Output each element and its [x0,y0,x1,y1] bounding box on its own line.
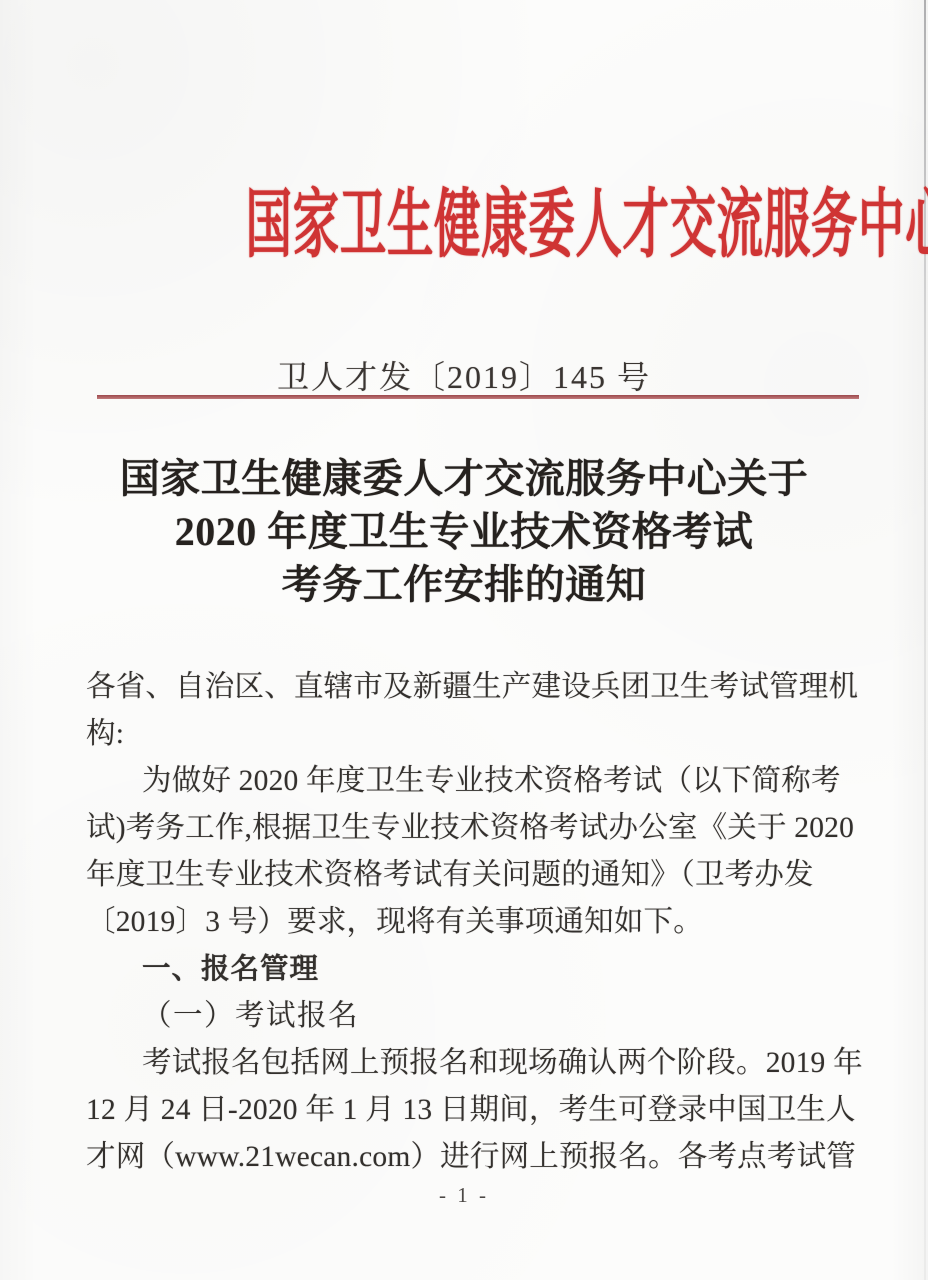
document-number: 卫人才发〔2019〕145 号 [0,352,928,398]
body-line: 为做好 2020 年度卫生专业技术资格考试（以下简称考 [86,758,864,805]
document-title: 国家卫生健康委人才交流服务中心关于 2020 年度卫生专业技术资格考试 考务工作… [0,452,928,611]
section-heading: 一、报名管理 [86,946,864,993]
body-line: 构: [86,711,864,758]
body-line: 12 月 24 日-2020 年 1 月 13 日期间，考生可登录中国卫生人 [86,1087,864,1134]
document-header-banner: 国家卫生健康委人才交流服务中心文件 [0,178,928,294]
document-title-line-2: 2020 年度卫生专业技术资格考试 [0,505,928,558]
body-line: 才网（www.21wecan.com）进行网上预报名。各考点考试管 [86,1134,864,1181]
body-line: 〔2019〕3 号）要求，现将有关事项通知如下。 [86,899,864,946]
document-title-line-3: 考务工作安排的通知 [0,558,928,611]
document-body: 各省、自治区、直辖市及新疆生产建设兵团卫生考试管理机 构: 为做好 2020 年… [86,664,864,1181]
body-line: 考试报名包括网上预报名和现场确认两个阶段。2019 年 [86,1040,864,1087]
scanned-document-page: 国家卫生健康委人才交流服务中心文件 卫人才发〔2019〕145 号 国家卫生健康… [0,0,928,1280]
document-title-line-1: 国家卫生健康委人才交流服务中心关于 [0,452,928,505]
body-line: 试)考务工作,根据卫生专业技术资格考试办公室《关于 2020 [86,805,864,852]
body-line: 年度卫生专业技术资格考试有关问题的通知》（卫考办发 [86,852,864,899]
page-number: - 1 - [0,1183,928,1208]
body-line: 各省、自治区、直辖市及新疆生产建设兵团卫生考试管理机 [86,664,864,711]
red-divider-rule [97,395,859,399]
header-banner-text: 国家卫生健康委人才交流服务中心文件 [245,178,928,274]
subsection-heading: （一）考试报名 [86,993,864,1040]
